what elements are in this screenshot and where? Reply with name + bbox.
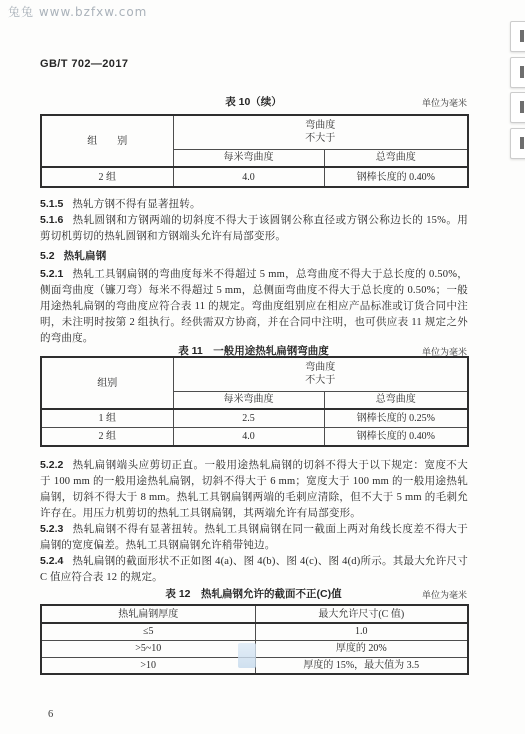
table-cell: ≤5: [41, 623, 255, 640]
table-cell: 1 组: [41, 409, 173, 427]
table-row: ≤5 1.0: [41, 623, 468, 640]
scanned-document-page: 兔兔 www.bzfxw.com GB/T 702—2017 表 10（续） 单…: [0, 0, 525, 734]
table-row: 2 组 4.0 钢棒长度的 0.40%: [41, 427, 468, 446]
clause-text: 热轧方钢不得有显著扭转。: [72, 199, 200, 210]
bend-header-line2: 不大于: [174, 132, 468, 145]
table-row: 热轧扁钢厚度 最大允许尺寸(C 值): [41, 605, 468, 623]
clause-5-1-5: 5.1.5热轧方钢不得有显著扭转。: [40, 196, 468, 213]
clause-number: 5.1.6: [40, 214, 63, 226]
clause-5-2-2: 5.2.2热轧扁钢端头应剪切正直。一般用途热轧扁钢的切斜不得大于以下规定：宽度不…: [40, 457, 468, 522]
table-header-cell: 组 别: [41, 115, 173, 167]
table10-caption-row: 表 10（续） 单位为毫米: [40, 94, 467, 108]
table10-caption: 表 10（续）: [40, 94, 467, 109]
table-10: 组 别 弯曲度 不大于 每米弯曲度 总弯曲度 2 组 4.0 钢棒长度的 0.4…: [40, 114, 469, 188]
table-header-cell: 弯曲度 不大于: [173, 115, 468, 149]
bend-header-line1: 弯曲度: [174, 361, 468, 374]
table-cell: 钢棒长度的 0.40%: [324, 427, 468, 446]
share-button-3[interactable]: [510, 92, 525, 123]
table11-caption-row: 表 11 一般用途热轧扁钢弯曲度 单位为毫米: [40, 343, 467, 357]
table10-unit-note: 单位为毫米: [422, 96, 467, 109]
share-icon: [520, 101, 524, 113]
share-icon: [520, 66, 524, 78]
table-header-cell: 总弯曲度: [324, 149, 468, 167]
table12-unit-note: 单位为毫米: [422, 588, 467, 601]
table-cell: 钢棒长度的 0.25%: [324, 409, 468, 427]
table-header-cell: 最大允许尺寸(C 值): [255, 605, 468, 623]
table-row: 1 组 2.5 钢棒长度的 0.25%: [41, 409, 468, 427]
table-cell: 2 组: [41, 427, 173, 446]
clause-number: 5.2.1: [40, 268, 63, 280]
table-cell: 1.0: [255, 623, 468, 640]
clause-number: 5.2.4: [40, 555, 63, 567]
table-row: 2 组 4.0 钢棒长度的 0.40%: [41, 167, 468, 187]
table-header-cell: 每米弯曲度: [173, 149, 324, 167]
table12-caption: 表 12 热轧扁钢允许的截面不正(C)值: [40, 586, 467, 601]
table-header-cell: 弯曲度 不大于: [173, 357, 468, 391]
section-heading-5-2: 5.2热轧扁钢: [40, 248, 468, 264]
share-icon: [520, 30, 524, 42]
table-cell: 2 组: [41, 167, 173, 187]
table-row: 组别 弯曲度 不大于: [41, 357, 468, 391]
clause-5-2-3: 5.2.3热轧扁钢不得有显著扭转。热轧工具钢扁钢在同一截面上两对角线长度差不得大…: [40, 521, 468, 554]
table-header-cell: 热轧扁钢厚度: [41, 605, 255, 623]
page-number: 6: [48, 709, 53, 720]
section-heading-text: 热轧扁钢: [64, 250, 107, 262]
table-cell: 4.0: [173, 427, 324, 446]
share-icon: [520, 137, 524, 149]
clause-text: 热轧圆钢和方钢两端的切斜度不得大于该圆钢公称直径或方钢公称边长的 15%。用剪切…: [40, 215, 468, 242]
bend-header-line1: 弯曲度: [174, 119, 468, 132]
clause-number: 5.2.2: [40, 459, 63, 471]
watermark-logo-blob: [238, 643, 256, 668]
table-row: 组 别 弯曲度 不大于: [41, 115, 468, 149]
table-header-cell: 组别: [41, 357, 173, 409]
clause-5-1-6: 5.1.6热轧圆钢和方钢两端的切斜度不得大于该圆钢公称直径或方钢公称边长的 15…: [40, 212, 468, 245]
share-button-1[interactable]: [510, 21, 525, 52]
share-button-2[interactable]: [510, 57, 525, 88]
clause-text: 热轧工具钢扁钢的弯曲度每米不得超过 5 mm，总弯曲度不得大于总长度的 0.50…: [40, 269, 468, 344]
table-cell: 4.0: [173, 167, 324, 187]
clause-5-2-1: 5.2.1热轧工具钢扁钢的弯曲度每米不得超过 5 mm，总弯曲度不得大于总长度的…: [40, 266, 468, 347]
table-header-cell: 总弯曲度: [324, 391, 468, 409]
table-11: 组别 弯曲度 不大于 每米弯曲度 总弯曲度 1 组 2.5 钢棒长度的 0.25…: [40, 356, 469, 447]
site-watermark-text: 兔兔 www.bzfxw.com: [8, 3, 147, 20]
standard-number: GB/T 702—2017: [40, 58, 128, 70]
table-cell: >5~10: [41, 640, 255, 657]
table12-caption-row: 表 12 热轧扁钢允许的截面不正(C)值 单位为毫米: [40, 586, 467, 600]
clause-text: 热轧扁钢的截面形状不正如图 4(a)、图 4(b)、图 4(c)、图 4(d)所…: [40, 556, 468, 583]
table-cell: 厚度的 20%: [255, 640, 468, 657]
clause-text: 热轧扁钢不得有显著扭转。热轧工具钢扁钢在同一截面上两对角线长度差不得大于扁钢的宽…: [40, 524, 468, 551]
table-cell: 厚度的 15%，最大值为 3.5: [255, 657, 468, 674]
clause-text: 热轧扁钢端头应剪切正直。一般用途热轧扁钢的切斜不得大于以下规定：宽度不大于 10…: [40, 460, 468, 519]
clause-number: 5.1.5: [40, 198, 63, 210]
bend-header-line2: 不大于: [174, 374, 468, 387]
clause-number: 5.2: [40, 250, 55, 262]
share-button-4[interactable]: [510, 128, 525, 159]
table-cell: >10: [41, 657, 255, 674]
table-cell: 钢棒长度的 0.40%: [324, 167, 468, 187]
table-cell: 2.5: [173, 409, 324, 427]
clause-5-2-4: 5.2.4热轧扁钢的截面形状不正如图 4(a)、图 4(b)、图 4(c)、图 …: [40, 553, 468, 586]
clause-number: 5.2.3: [40, 523, 63, 535]
table-header-cell: 每米弯曲度: [173, 391, 324, 409]
